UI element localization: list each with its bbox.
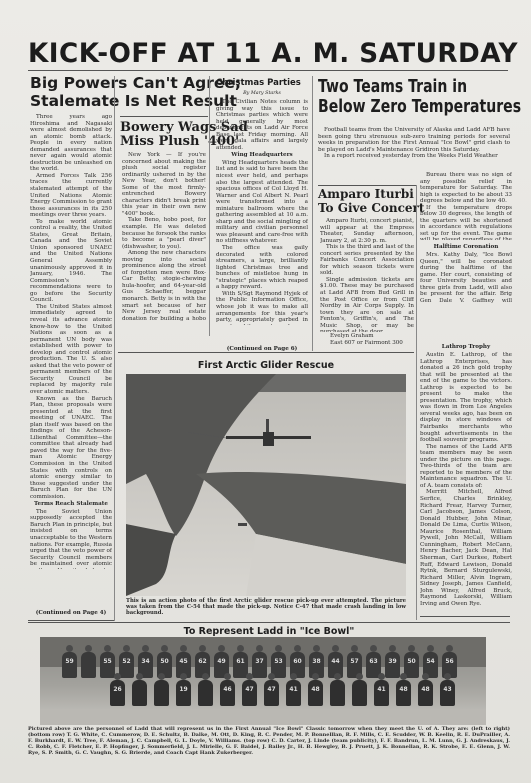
player-bottom-row: 47 (242, 680, 257, 706)
team-photo: 5955523450456249613753603844576339505456… (40, 637, 486, 725)
two-teams-headline-1: Two Teams Train in (318, 76, 467, 97)
newspaper-page: KICK-OFF AT 11 A. M. SATURDAY Big Powers… (0, 0, 531, 783)
player-head (66, 645, 73, 652)
player-head (422, 673, 429, 680)
player-head (268, 673, 275, 680)
jersey-number: 48 (418, 686, 433, 693)
iturbi-top-rule (318, 185, 416, 186)
jersey-number: 63 (366, 658, 381, 665)
masthead-rule (28, 70, 508, 71)
player-head (312, 673, 319, 680)
paragraph: Mrs. Kathy Daly, "Ice Bowl Queen," will … (420, 252, 512, 304)
jersey-number: 37 (252, 658, 267, 665)
column-divider (209, 76, 210, 336)
subhead-halftime: Halftime Coronation (420, 244, 512, 250)
section-rule (118, 352, 414, 353)
player-head (142, 645, 149, 652)
section-rule (28, 622, 510, 623)
player-bottom-row (132, 680, 147, 706)
signature-phone: East 607 or Fairmont 300 (330, 340, 414, 347)
player-top-row: 55 (100, 652, 115, 678)
jersey-number: 50 (157, 658, 172, 665)
paragraph: Merritt Mitchell, Alfred Serfice, Charle… (420, 489, 512, 607)
player-head (334, 673, 341, 680)
christmas-body: The Civilian Notes column is giving way … (216, 99, 308, 325)
jersey-number: 59 (62, 658, 77, 665)
player-head (199, 645, 206, 652)
paragraph: The names of the Ladd AFB team members m… (420, 444, 512, 490)
player-bottom-row: 41 (286, 680, 301, 706)
paragraph: With S/Sgt Raymond Hyjek of the Public I… (216, 291, 308, 325)
paragraph: If the temperature drops below 30 degree… (420, 205, 512, 240)
paragraph: Bureau there was no sign of any possible… (420, 172, 512, 205)
two-teams-headline-2: Below Zero Temperatures (318, 96, 521, 117)
paragraph: New York — If you're concerned about mak… (122, 152, 206, 217)
masthead-headline: KICK-OFF AT 11 A. M. SATURDAY (28, 38, 494, 69)
player-head (356, 673, 363, 680)
player-bottom-row (154, 680, 169, 706)
player-head (246, 673, 253, 680)
paragraph: Among the new characters moving into soc… (122, 250, 206, 322)
player-head (408, 645, 415, 652)
jersey-number: 34 (138, 658, 153, 665)
jersey-number: 56 (442, 658, 457, 665)
player-head (256, 645, 263, 652)
paragraph: In a report received yesterday from the … (318, 153, 510, 160)
paragraph: Amparo Iturbi, concert pianist, will app… (320, 218, 414, 244)
player-head (202, 673, 209, 680)
paragraph: Armed Forces Talk 256 traces the current… (30, 173, 112, 219)
player-head (446, 645, 453, 652)
big-powers-body: Three years ago Hiroshima and Nagasaki w… (30, 114, 112, 569)
player-head (180, 673, 187, 680)
player-bottom-row: 47 (264, 680, 279, 706)
player-top-row: 59 (62, 652, 77, 678)
jersey-number: 54 (423, 658, 438, 665)
player-bottom-row (352, 680, 367, 706)
iturbi-headline-1: Amparo Iturbi (318, 187, 414, 201)
paragraph: The Soviet Union supposedly accepted the… (30, 509, 112, 569)
player-head (123, 645, 130, 652)
player-head (400, 673, 407, 680)
jersey-number: 50 (404, 658, 419, 665)
glider-photo-image (126, 374, 406, 596)
player-head (332, 645, 339, 652)
subhead-lathrop: Lathrop Trophy (420, 344, 512, 350)
jersey-number: 62 (195, 658, 210, 665)
player-head (389, 645, 396, 652)
jersey-number: 61 (233, 658, 248, 665)
christmas-byline: By Mary Starks (216, 91, 308, 96)
jersey-number: 48 (308, 686, 323, 693)
jersey-number: 41 (286, 686, 301, 693)
player-head (351, 645, 358, 652)
halftime-body: Mrs. Kathy Daly, "Ice Bowl Queen," will … (420, 252, 512, 304)
paragraph: The office was gaily decorated with colo… (216, 245, 308, 291)
player-head (290, 673, 297, 680)
lathrop-body: Austin E. Lathrop, of the Lathrop Enterp… (420, 352, 512, 614)
jersey-number: 57 (347, 658, 362, 665)
player-head (104, 645, 111, 652)
jersey-number: 26 (110, 686, 125, 693)
team-photo-caption: Pictured above are the personnel of Ladd… (28, 727, 510, 757)
column-rule (28, 620, 114, 621)
paragraph: To make world atomic control a reality, … (30, 219, 112, 304)
column-divider (114, 76, 115, 621)
player-bottom-row: 26 (110, 680, 125, 706)
team-photo-title: To Represent Ladd in "Ice Bowl" (28, 626, 510, 637)
player-head (427, 645, 434, 652)
jersey-number: 43 (440, 686, 455, 693)
jersey-number: 47 (264, 686, 279, 693)
glider-rescue-photo (126, 374, 406, 596)
paragraph: Austin E. Lathrop, of the Lathrop Enterp… (420, 352, 512, 444)
player-bottom-row: 48 (396, 680, 411, 706)
paragraph: Three years ago Hiroshima and Nagasaki w… (30, 114, 112, 173)
player-bottom-row: 41 (374, 680, 389, 706)
player-head (218, 645, 225, 652)
column-rule (420, 616, 510, 617)
jersey-number: 38 (309, 658, 324, 665)
paragraph: Take Beno, hobo poet, for example. He wa… (122, 217, 206, 250)
player-head (370, 645, 377, 652)
player-top-row: 52 (119, 652, 134, 678)
jersey-number: 49 (214, 658, 229, 665)
player-top-row (81, 652, 96, 678)
paragraph: Single admission tickets are $1.00. Thes… (320, 277, 414, 332)
player-bottom-row (330, 680, 345, 706)
player-bottom-row: 48 (308, 680, 323, 706)
jersey-number: 39 (385, 658, 400, 665)
paragraph: The United States almost immediately agr… (30, 304, 112, 396)
jersey-number: 52 (119, 658, 134, 665)
christmas-headline: Christmas Parties (216, 78, 301, 88)
paragraph: Wing Headquarters heads the list and is … (216, 160, 308, 245)
iturbi-signature: Evelyn Graham East 607 or Fairmont 300 (330, 333, 414, 346)
player-bottom-row (198, 680, 213, 706)
player-top-row: 39 (385, 652, 400, 678)
jersey-number: 19 (176, 686, 191, 693)
player-head (237, 645, 244, 652)
player-top-row: 37 (252, 652, 267, 678)
player-head (136, 673, 143, 680)
jersey-number: 46 (220, 686, 235, 693)
subhead-terms: Terms Reach Stalemate (30, 501, 112, 508)
big-powers-headline-2: Stalemate Is Net Result (30, 92, 237, 110)
glider-photo-title: First Arctic Glider Rescue (118, 360, 414, 371)
player-bottom-row: 46 (220, 680, 235, 706)
glider-photo-caption: This is an action photo of the first Arc… (126, 598, 406, 617)
player-bottom-row: 19 (176, 680, 191, 706)
player-bottom-row: 43 (440, 680, 455, 706)
player-head (224, 673, 231, 680)
continued-page-4: (Continued on Page 4) (30, 610, 112, 616)
subhead-wing-hq: Wing Headquarters (216, 152, 308, 159)
iturbi-headline-2: To Give Concert (318, 201, 424, 215)
player-head (294, 645, 301, 652)
paragraph: This is the third and last of the concer… (320, 244, 414, 277)
jersey-number: 48 (396, 686, 411, 693)
jersey-number: 41 (374, 686, 389, 693)
jersey-number: 55 (100, 658, 115, 665)
player-head (158, 673, 165, 680)
column-divider (416, 185, 417, 620)
crashed-c47-icon (238, 523, 247, 526)
jersey-number: 53 (271, 658, 286, 665)
player-head (444, 673, 451, 680)
jersey-number: 60 (290, 658, 305, 665)
two-teams-weather: Bureau there was no sign of any possible… (420, 172, 512, 240)
player-head (378, 673, 385, 680)
player-head (275, 645, 282, 652)
paragraph: The Civilian Notes column is giving way … (216, 99, 308, 151)
bowery-body: New York — If you're concerned about mak… (122, 152, 206, 322)
player-head (313, 645, 320, 652)
player-bottom-row: 48 (418, 680, 433, 706)
jersey-number: 44 (328, 658, 343, 665)
bowery-top-rule (120, 116, 208, 117)
player-head (180, 645, 187, 652)
paragraph: Football teams from the University of Al… (318, 127, 510, 153)
photo-floor (40, 709, 486, 725)
column-divider (312, 76, 313, 351)
jersey-number: 45 (176, 658, 191, 665)
player-head (85, 645, 92, 652)
player-head (114, 673, 121, 680)
paragraph: Known as the Baruch Plan, these proposal… (30, 396, 112, 501)
iturbi-body: Amparo Iturbi, concert pianist, will app… (320, 218, 414, 332)
player-head (161, 645, 168, 652)
jersey-number: 47 (242, 686, 257, 693)
